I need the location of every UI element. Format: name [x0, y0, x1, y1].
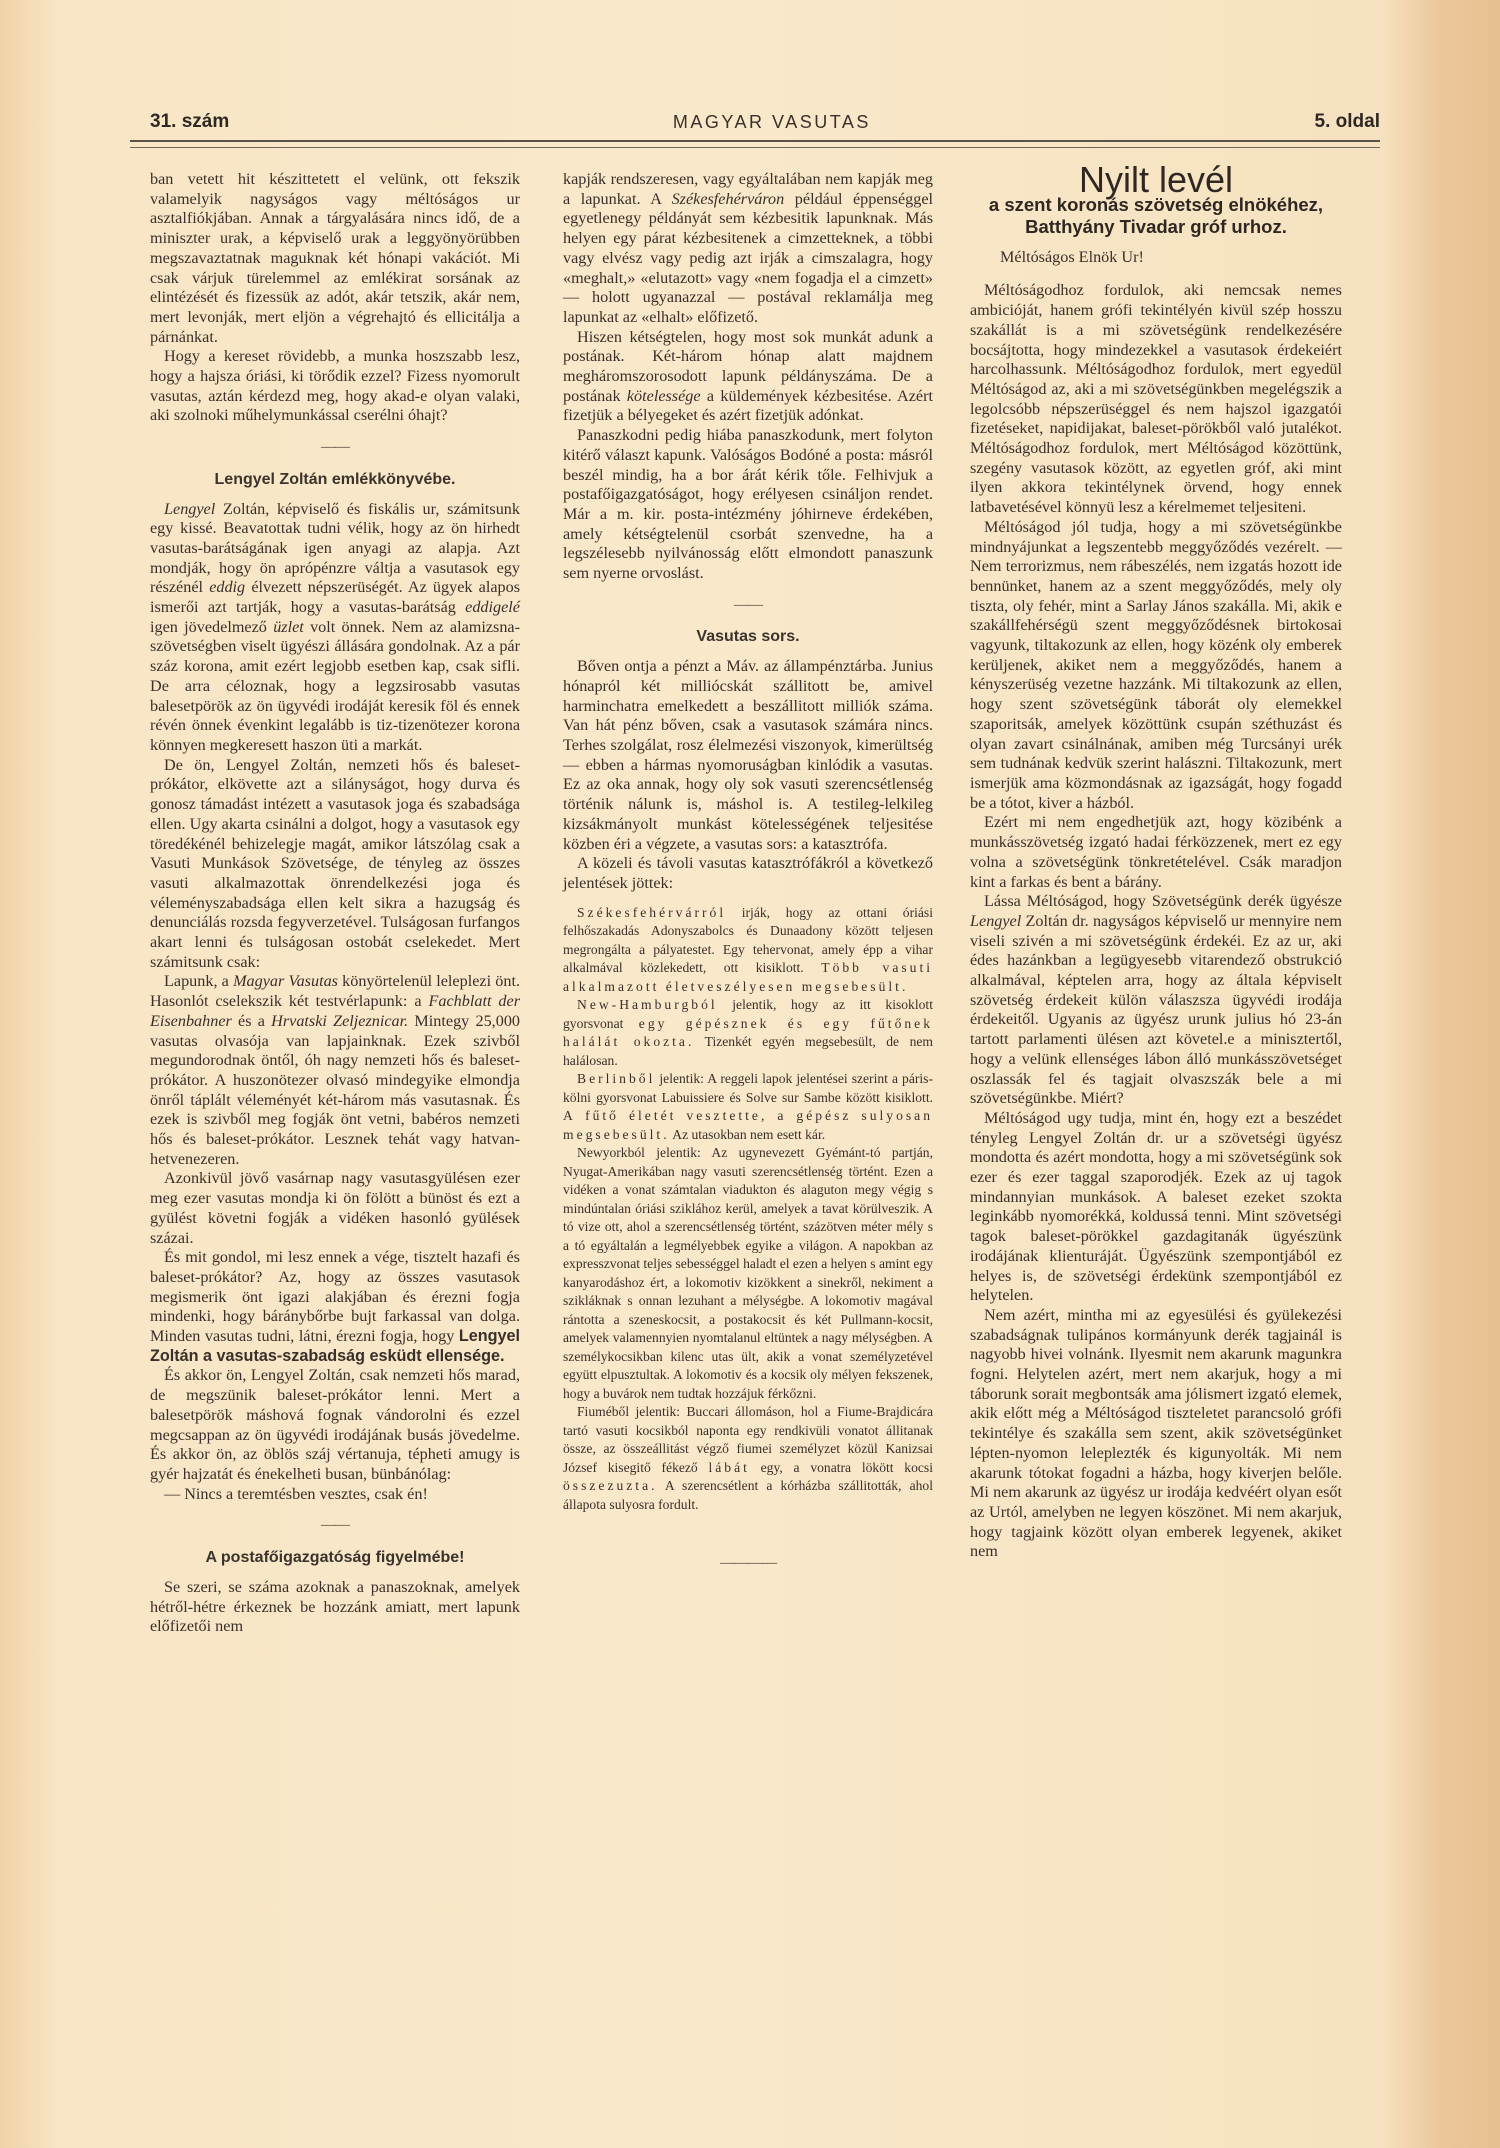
paragraph: ban vetett hit készittetett el velünk, o… — [150, 170, 520, 347]
paragraph: Hogy a kereset rövidebb, a munka hoszsza… — [150, 347, 520, 426]
column-middle: kapják rendszeresen, vagy egyáltalában n… — [563, 170, 933, 1586]
separator: —— — [563, 596, 933, 616]
paragraph: Hiszen kétségtelen, hogy most sok munkát… — [563, 328, 933, 427]
article-heading-posta: A postafőigazgatóság figyelmébe! — [150, 1548, 520, 1568]
salutation: Méltóságos Elnök Ur! — [1000, 248, 1342, 268]
page-header: 31. szám MAGYAR VASUTAS 5. oldal — [150, 105, 1380, 139]
paragraph: Azonkivül jövő vasárnap nagy vasutasgyül… — [150, 1169, 520, 1248]
newspaper-page: 31. szám MAGYAR VASUTAS 5. oldal ban vet… — [0, 0, 1500, 2148]
report-berlin: Berlinből jelentik: A reggeli lapok jele… — [563, 1070, 933, 1144]
paragraph: Panaszkodni pedig hiába panaszkodunk, me… — [563, 426, 933, 584]
paragraph: A közeli és távoli vasutas katasztrófákr… — [563, 854, 933, 893]
paragraph: Méltóságod jól tudja, hogy a mi szövetsé… — [970, 518, 1342, 814]
column-left: ban vetett hit készittetett el velünk, o… — [150, 170, 520, 1637]
paragraph: Lengyel Zoltán, képviselő és fiskális ur… — [150, 500, 520, 756]
open-letter-title: Nyilt levél — [970, 170, 1342, 190]
header-rule — [130, 140, 1380, 148]
paragraph: Lapunk, a Magyar Vasutas könyörtelenül l… — [150, 972, 520, 1169]
open-letter-subtitle: a szent koronás szövetség elnökéhez, Bat… — [970, 194, 1342, 238]
separator: —— — [150, 438, 520, 458]
paragraph: Lássa Méltóságod, hogy Szövetségünk deré… — [970, 892, 1342, 1109]
separator: ———— — [563, 1554, 933, 1574]
newspaper-title: MAGYAR VASUTAS — [673, 112, 871, 133]
article-heading-vasutas-sors: Vasutas sors. — [563, 627, 933, 647]
report-szekesfehervar: Székesfehérvárról irják, hogy az ottani … — [563, 904, 933, 997]
paragraph: Méltóságod ugy tudja, mint én, hogy ezt … — [970, 1109, 1342, 1306]
issue-number: 31. szám — [150, 111, 229, 133]
paragraph: Se szeri, se száma azoknak a panaszoknak… — [150, 1578, 520, 1637]
paragraph: És mit gondol, mi lesz ennek a vége, tis… — [150, 1248, 520, 1366]
column-right: Nyilt levél a szent koronás szövetség el… — [970, 170, 1342, 1562]
paragraph: Nem azért, mintha mi az egyesülési és gy… — [970, 1306, 1342, 1562]
paragraph: — Nincs a teremtésben vesztes, csak én! — [150, 1485, 520, 1505]
paragraph: Ezért mi nem engedhetjük azt, hogy közib… — [970, 813, 1342, 892]
page-number: 5. oldal — [1315, 111, 1380, 133]
paragraph: Bőven ontja a pénzt a Máv. az állampénzt… — [563, 657, 933, 854]
paragraph: De ön, Lengyel Zoltán, nemzeti hős és ba… — [150, 756, 520, 973]
paragraph: Méltóságodhoz fordulok, aki nemcsak neme… — [970, 281, 1342, 517]
separator: —— — [150, 1516, 520, 1536]
report-newyork: Newyorkból jelentik: Az ugynevezett Gyém… — [563, 1144, 933, 1403]
report-new-hamburg: New-Hamburgból jelentik, hogy az itt kis… — [563, 996, 933, 1070]
paragraph: És akkor ön, Lengyel Zoltán, csak nemzet… — [150, 1366, 520, 1484]
emphasis: Lengyel — [164, 500, 215, 518]
report-fiume: Fiuméből jelentik: Buccari állomáson, ho… — [563, 1403, 933, 1514]
article-heading-lengyel: Lengyel Zoltán emlékkönyvébe. — [150, 470, 520, 490]
paragraph: kapják rendszeresen, vagy egyáltalában n… — [563, 170, 933, 328]
